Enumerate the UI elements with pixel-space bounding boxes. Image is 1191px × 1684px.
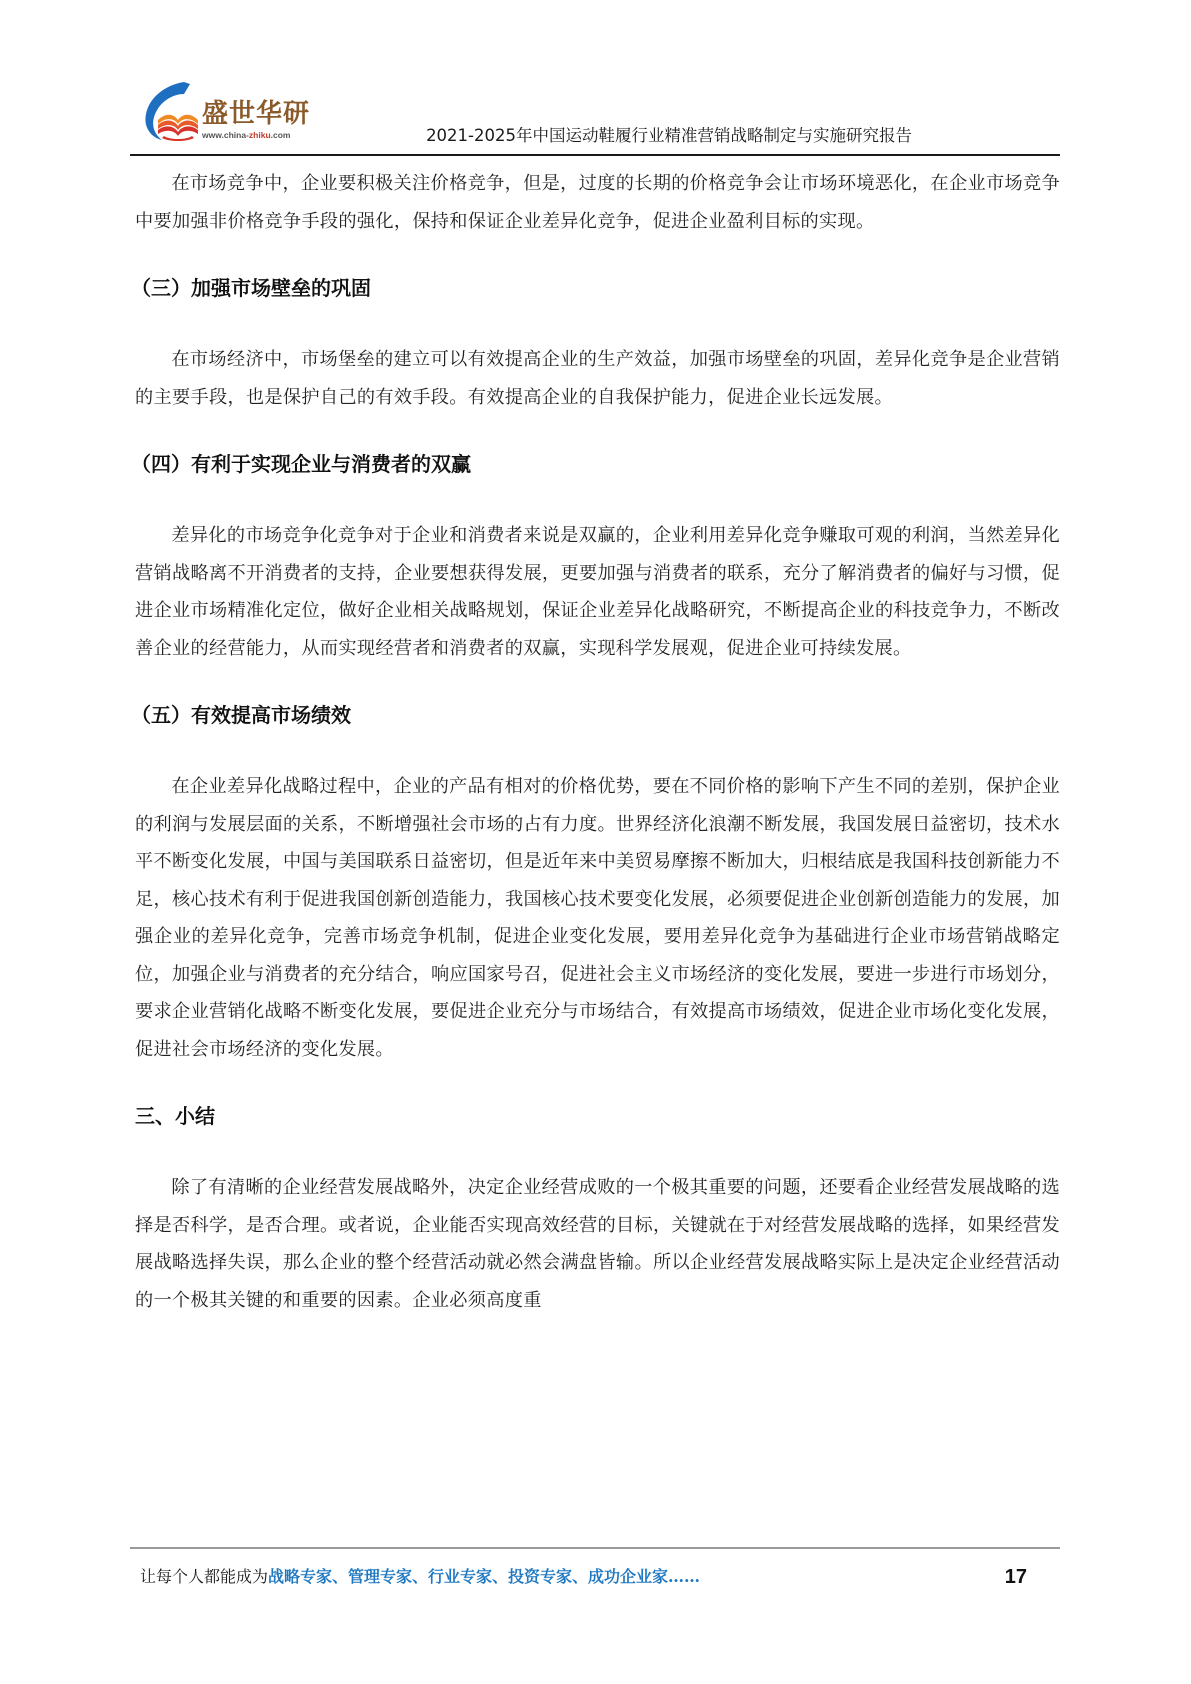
logo-url-accent: zhiku — [249, 130, 271, 140]
header-divider — [130, 154, 1060, 156]
section-paragraph-4: 差异化的市场竞争化竞争对于企业和消费者来说是双赢的，企业利用差异化竞争赚取可观的… — [135, 517, 1060, 667]
logo-brand-name: 盛世华研 — [202, 100, 310, 128]
summary-heading: 三、小结 — [135, 1101, 1060, 1131]
book-logo-icon — [140, 80, 202, 142]
page-content: 在市场竞争中，企业要积极关注价格竞争，但是，过度的长期的价格竞争会让市场环境恶化… — [135, 165, 1060, 1319]
page-number: 17 — [1005, 1565, 1027, 1589]
logo-url-prefix: www.china- — [202, 130, 249, 140]
page-header: 盛世华研 www.china-zhiku.com 2021-2025年中国运动鞋… — [130, 75, 1060, 157]
company-logo: 盛世华研 www.china-zhiku.com — [140, 80, 320, 142]
footer-divider — [130, 1547, 1060, 1549]
section-heading-5: （五）有效提高市场绩效 — [131, 700, 1060, 730]
logo-url-suffix: .com — [271, 130, 291, 140]
intro-paragraph: 在市场竞争中，企业要积极关注价格竞争，但是，过度的长期的价格竞争会让市场环境恶化… — [135, 165, 1060, 240]
section-paragraph-5: 在企业差异化战略过程中，企业的产品有相对的价格优势，要在不同价格的影响下产生不同… — [135, 768, 1060, 1068]
report-title: 2021-2025年中国运动鞋履行业精准营销战略制定与实施研究报告 — [426, 125, 912, 147]
section-heading-4: （四）有利于实现企业与消费者的双赢 — [131, 449, 1060, 479]
document-page: 盛世华研 www.china-zhiku.com 2021-2025年中国运动鞋… — [0, 0, 1191, 1684]
logo-website: www.china-zhiku.com — [202, 130, 291, 140]
section-heading-3: （三）加强市场壁垒的巩固 — [131, 273, 1060, 303]
summary-paragraph: 除了有清晰的企业经营发展战略外，决定企业经营成败的一个极其重要的问题，还要看企业… — [135, 1169, 1060, 1319]
slogan-prefix: 让每个人都能成为 — [140, 1567, 268, 1586]
slogan-roles: 战略专家、管理专家、行业专家、投资专家、成功企业家…… — [268, 1567, 700, 1586]
footer-slogan: 让每个人都能成为战略专家、管理专家、行业专家、投资专家、成功企业家…… — [140, 1565, 700, 1589]
section-paragraph-3: 在市场经济中，市场堡垒的建立可以有效提高企业的生产效益，加强市场壁垒的巩固，差异… — [135, 341, 1060, 416]
page-footer: 让每个人都能成为战略专家、管理专家、行业专家、投资专家、成功企业家…… 17 — [140, 1565, 1060, 1595]
